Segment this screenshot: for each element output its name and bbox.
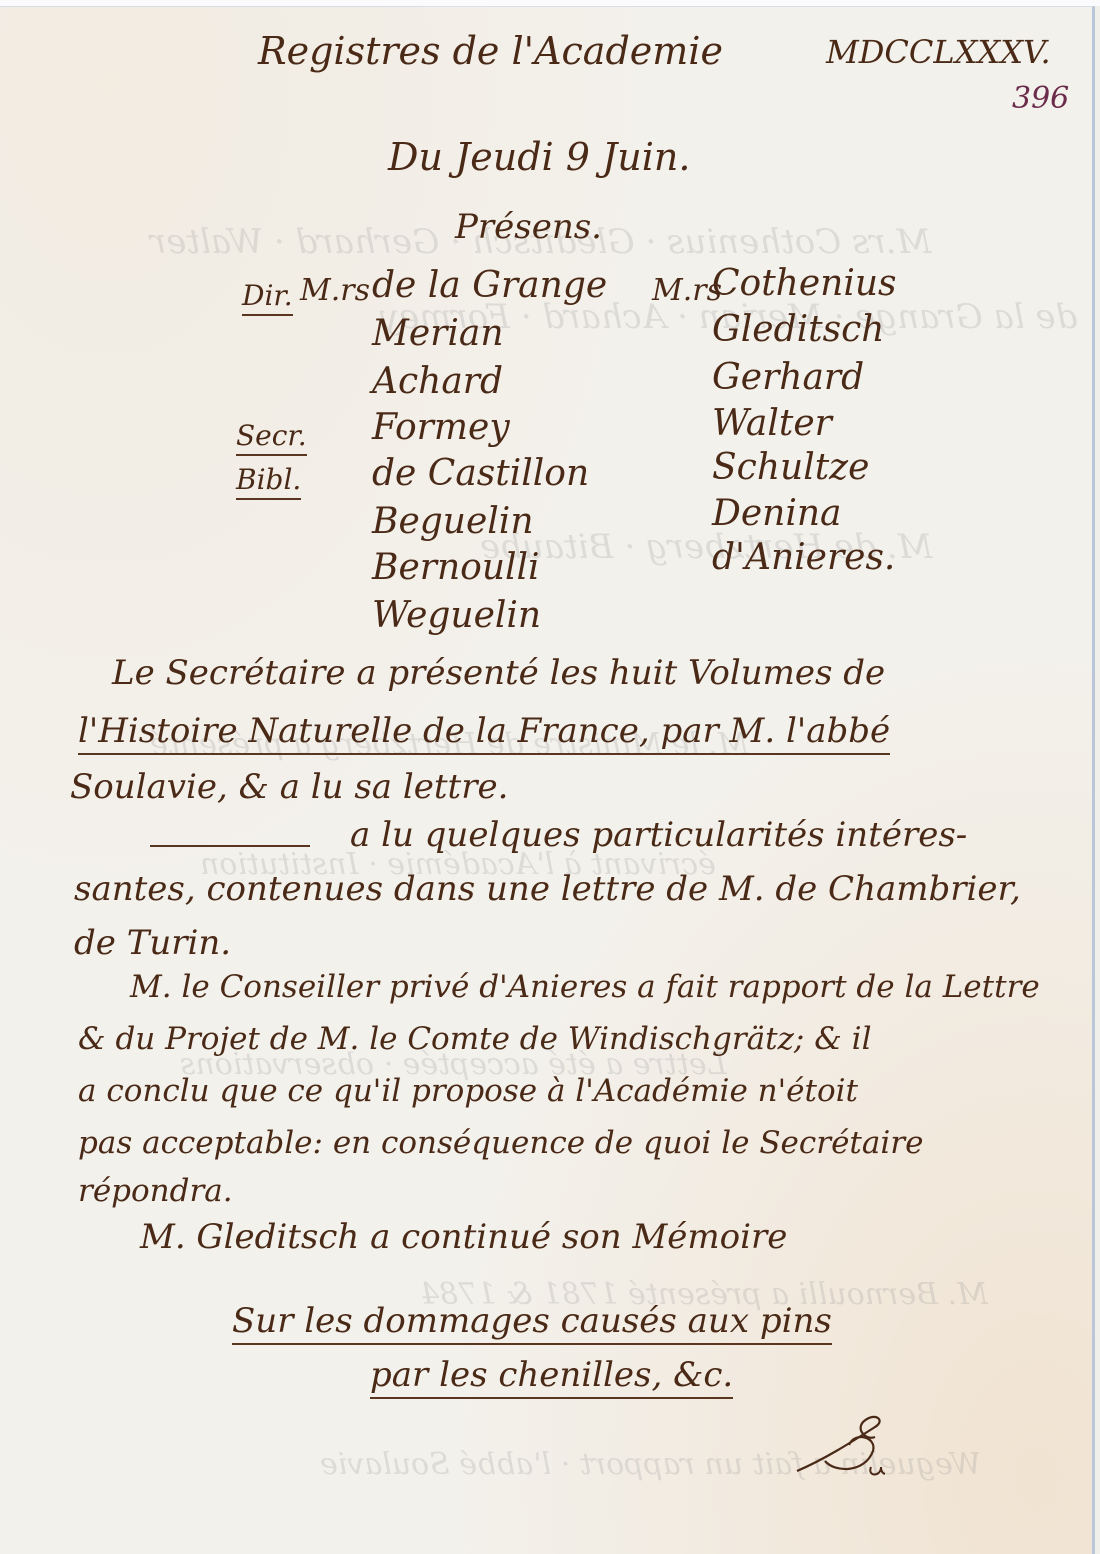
member-name: Weguelin <box>372 595 541 636</box>
member-name: Bernoulli <box>372 547 540 588</box>
minutes-line: a lu quelques particularités intéres- <box>350 815 967 855</box>
minutes-line: M. Gleditsch a continué son Mémoire <box>140 1217 787 1257</box>
role-director: Dir. <box>242 279 293 316</box>
year-roman-numeral: MDCCLXXXV. <box>826 33 1051 71</box>
memoir-title-line: Sur les dommages causés aux pins <box>232 1301 832 1341</box>
role-librarian: Bibl. <box>236 463 301 500</box>
minutes-line: a conclu que ce qu'il propose à l'Académ… <box>78 1073 858 1109</box>
omission-dash <box>150 845 310 847</box>
member-name: Schultze <box>712 447 869 488</box>
member-name: Merian <box>372 313 504 354</box>
member-name: Beguelin <box>372 501 534 542</box>
member-name: Denina <box>712 493 842 534</box>
attendance-heading: Présens. <box>455 207 602 247</box>
member-name: Gleditsch <box>712 309 884 350</box>
book-title-underlined: l'Histoire Naturelle de la France, par M… <box>78 711 890 755</box>
minutes-line: M. le Conseiller privé d'Anieres a fait … <box>130 969 1040 1005</box>
minutes-line: l'Histoire Naturelle de la France, par M… <box>78 711 890 751</box>
manuscript-page: M.rs Cothenius · Gleditsch · Gerhard · W… <box>0 6 1095 1554</box>
minutes-line: santes, contenues dans une lettre de M. … <box>74 869 1021 909</box>
member-name: Walter <box>712 403 832 444</box>
left-prefix: M.rs <box>300 273 370 308</box>
member-name: Formey <box>372 407 510 448</box>
memoir-title-line: par les chenilles, &c. <box>370 1355 733 1395</box>
session-date: Du Jeudi 9 Juin. <box>388 135 690 179</box>
role-secretary: Secr. <box>236 419 307 456</box>
member-name: Cothenius <box>712 263 897 304</box>
minutes-line: de Turin. <box>74 923 231 963</box>
signature-paraph-icon <box>795 1415 885 1485</box>
register-title: Registres de l'Academie <box>258 29 723 73</box>
member-name: Gerhard <box>712 357 864 398</box>
folio-number: 396 <box>1012 81 1069 116</box>
minutes-line: Soulavie, & a lu sa lettre. <box>70 767 508 807</box>
minutes-line: pas acceptable: en conséquence de quoi l… <box>78 1125 923 1161</box>
minutes-line: répondra. <box>78 1173 233 1209</box>
member-name: de la Grange <box>372 265 607 306</box>
member-name: d'Anieres. <box>712 537 895 578</box>
minutes-line: Le Secrétaire a présenté les huit Volume… <box>112 653 885 693</box>
member-name: de Castillon <box>372 453 589 494</box>
minutes-line: & du Projet de M. le Comte de Windischgr… <box>78 1021 872 1057</box>
member-name: Achard <box>372 361 503 402</box>
